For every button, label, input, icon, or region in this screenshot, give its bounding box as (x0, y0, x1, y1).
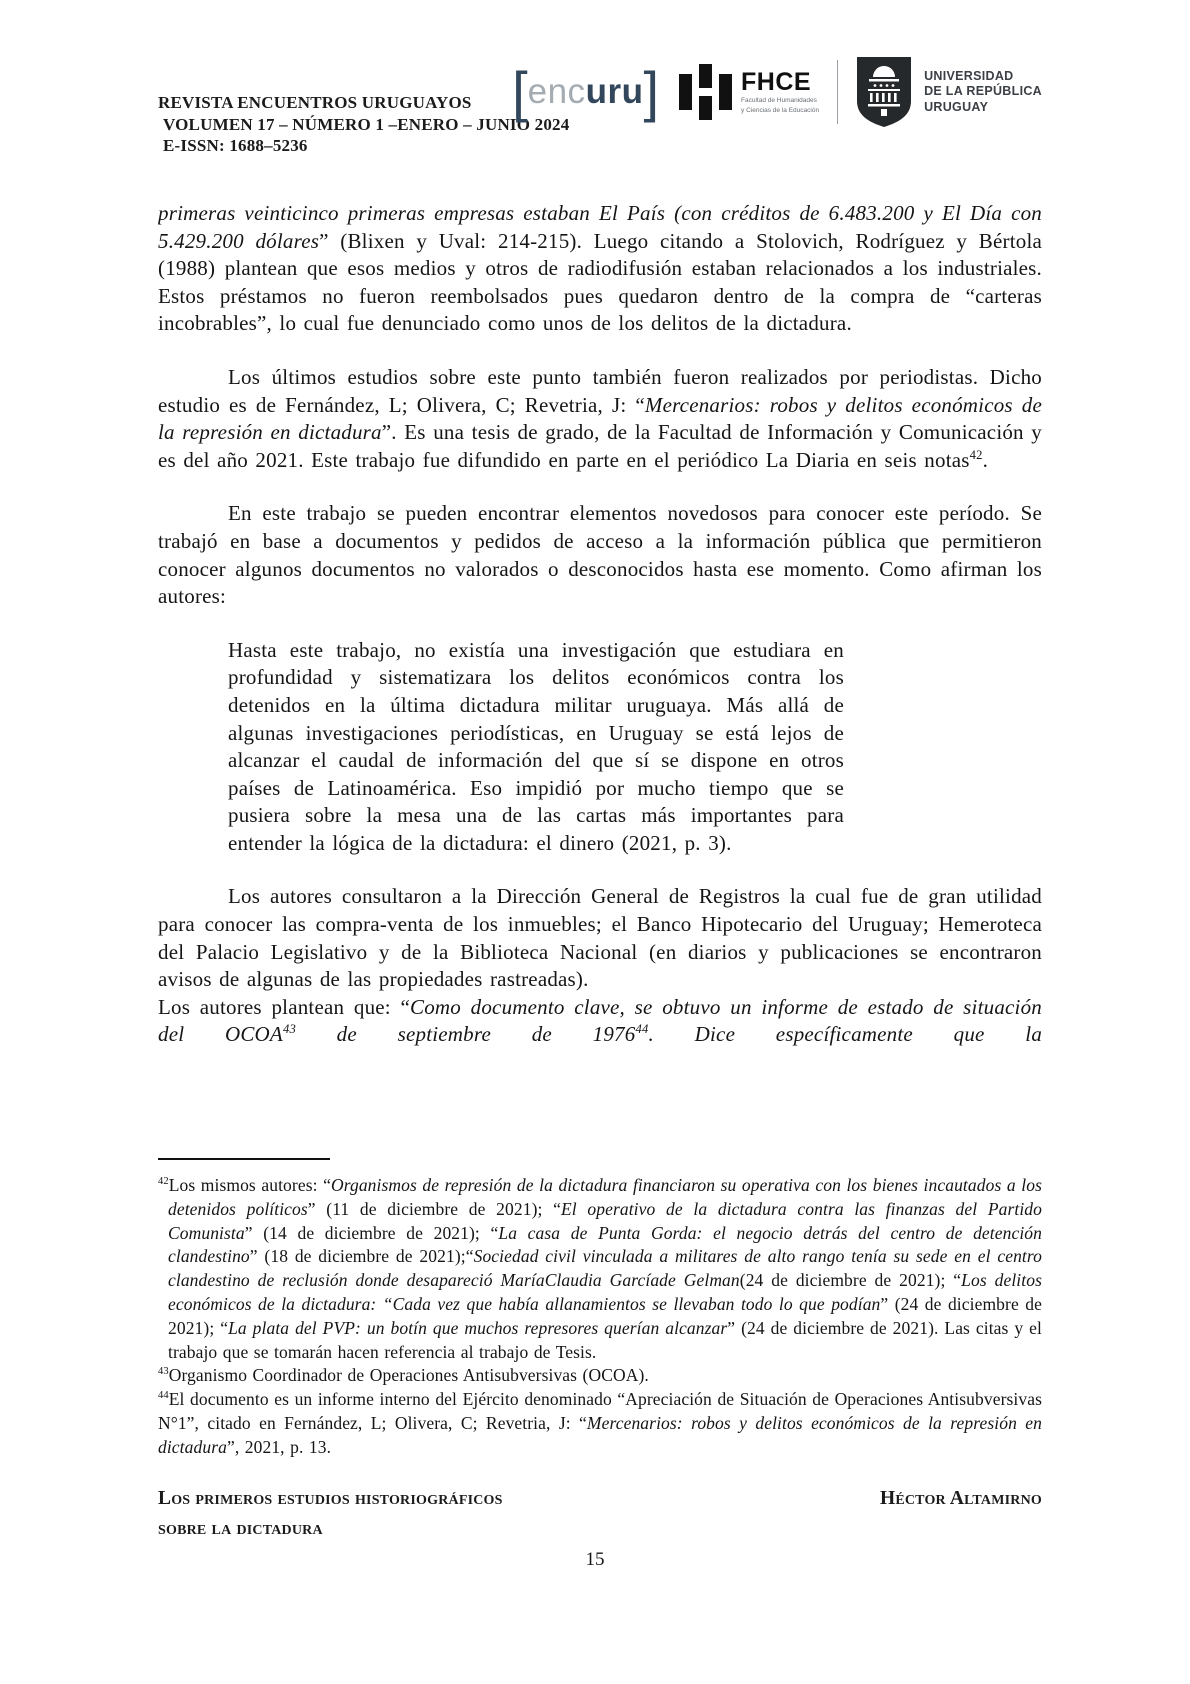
journal-volume: VOLUMEN 17 – NÚMERO 1 –ENERO – JUNIO 202… (158, 114, 569, 136)
running-title-line1: Los primeros estudios historiográficos (158, 1484, 503, 1514)
paragraph-5: Los autores plantean que: “Como document… (158, 994, 1042, 1049)
journal-title: REVISTA ENCUENTROS URUGUAYOS (158, 92, 569, 114)
paragraph-1: primeras veinticinco primeras empresas e… (158, 200, 1042, 338)
running-title: Los primeros estudios historiográficos s… (158, 1484, 503, 1544)
fhce-logo: FHCE Facultad de Humanidades y Ciencias … (679, 64, 819, 120)
fhce-name: FHCE (741, 69, 819, 95)
fhce-bars-icon (679, 64, 732, 120)
encuru-logo-enc: enc (528, 72, 586, 112)
author-name: Héctor Altamirno (880, 1484, 1042, 1514)
encuru-logo: [ enc uru ] (512, 68, 659, 116)
udelar-shield-icon (856, 56, 912, 128)
udelar-text: UNIVERSIDAD DE LA REPÚBLICA URUGUAY (924, 69, 1042, 116)
udelar-line1: UNIVERSIDAD (924, 69, 1042, 85)
article-body: primeras veinticinco primeras empresas e… (158, 200, 1042, 1049)
paragraph-2: Los últimos estudios sobre este punto ta… (158, 364, 1042, 474)
fhce-subtitle-line2: y Ciencias de la Educación (741, 107, 819, 115)
udelar-line3: URUGUAY (924, 100, 1042, 116)
page-footer: Los primeros estudios historiográficos s… (158, 1484, 1042, 1544)
document-page: REVISTA ENCUENTROS URUGUAYOS VOLUMEN 17 … (0, 0, 1190, 1684)
bracket-right-icon: ] (643, 68, 659, 116)
fhce-subtitle-line1: Facultad de Humanidades (741, 97, 819, 105)
footnote-42: 42Los mismos autores: “Organismos de rep… (158, 1174, 1042, 1364)
paragraph-4: Los autores consultaron a la Dirección G… (158, 883, 1042, 993)
running-title-line2: sobre la dictadura (158, 1514, 503, 1544)
footnote-44: 44El documento es un informe interno del… (158, 1388, 1042, 1459)
footnotes-section: 42Los mismos autores: “Organismos de rep… (158, 1158, 1042, 1460)
fhce-text: FHCE Facultad de Humanidades y Ciencias … (741, 69, 819, 115)
block-quote: Hasta este trabajo, no existía una inves… (228, 637, 844, 858)
journal-header: REVISTA ENCUENTROS URUGUAYOS VOLUMEN 17 … (158, 92, 569, 157)
footnote-43: 43Organismo Coordinador de Operaciones A… (158, 1364, 1042, 1388)
paragraph-3: En este trabajo se pueden encontrar elem… (158, 500, 1042, 610)
udelar-logo: UNIVERSIDAD DE LA REPÚBLICA URUGUAY (856, 56, 1042, 128)
journal-issn: E-ISSN: 1688–5236 (158, 135, 569, 157)
udelar-line2: DE LA REPÚBLICA (924, 84, 1042, 100)
footnote-separator (158, 1158, 330, 1160)
logo-row: [ enc uru ] FHCE Facultad de Humanidades… (512, 56, 1042, 128)
bracket-left-icon: [ (512, 68, 528, 116)
page-number: 15 (0, 1549, 1190, 1571)
encuru-logo-uru: uru (586, 72, 644, 112)
logo-divider (837, 60, 838, 124)
